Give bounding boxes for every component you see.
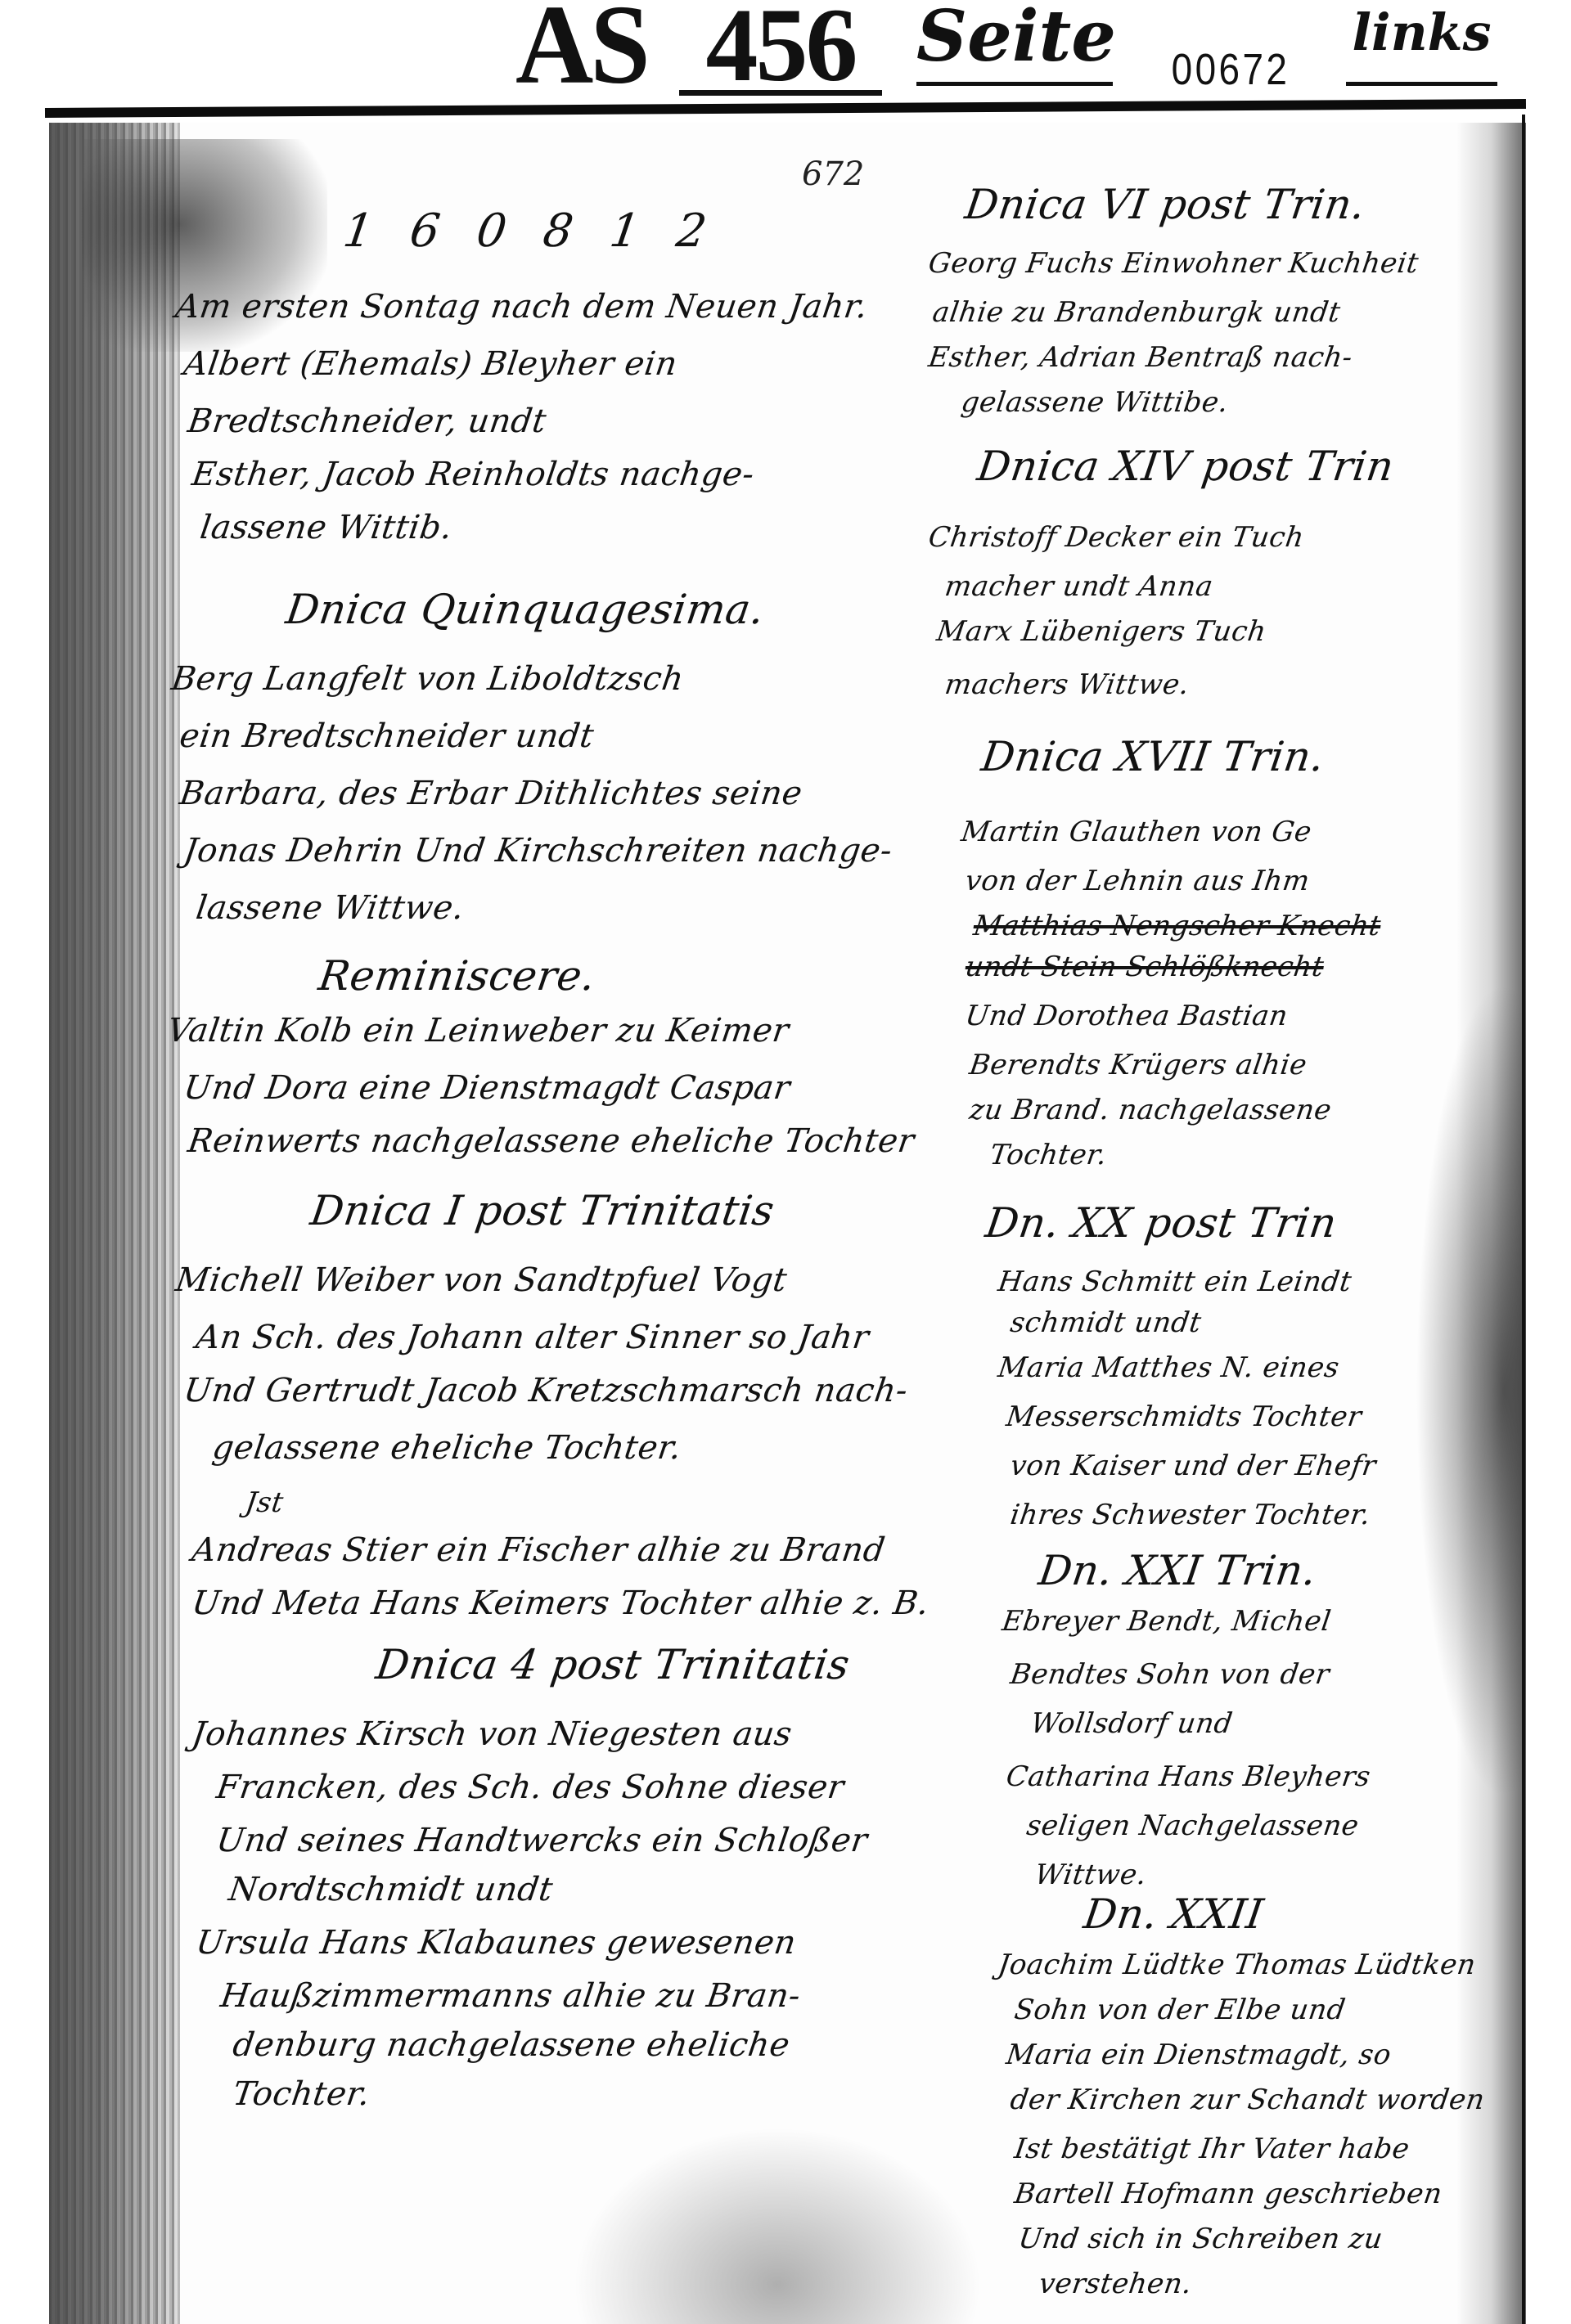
sunday-heading: Dn. XXI Trin. <box>1036 1550 1319 1591</box>
entry-line: Jonas Dehrin Und Kirchschreiten nachge- <box>182 834 894 867</box>
entry-line: Wittwe. <box>1033 1861 1149 1889</box>
entry-line: denburg nachgelassene eheliche <box>231 2029 792 2061</box>
entry-line: Und Dora eine Dienstmagdt Caspar <box>182 1072 792 1104</box>
entry-line: ihres Schwester Tochter. <box>1009 1501 1372 1529</box>
entry-line: Messerschmidts Tochter <box>1005 1403 1364 1431</box>
sunday-heading: Dn. XX post Trin <box>983 1202 1339 1243</box>
entry-line: Esther, Jacob Reinholdts nachge- <box>190 458 756 491</box>
entry-line: gelassene eheliche Tochter. <box>210 1432 683 1464</box>
entry-line: Und Meta Hans Keimers Tochter alhie z. B… <box>190 1587 931 1620</box>
entry-line: Ebreyer Bendt, Michel <box>1001 1607 1333 1635</box>
entry-line: lassene Wittwe. <box>194 892 466 924</box>
seite-label: Seite <box>916 0 1113 86</box>
entry-line: Haußzimmermanns alhie zu Bran- <box>218 1980 803 2012</box>
entry-line: Joachim Lüdtke Thomas Lüdtken <box>997 1951 1478 1979</box>
entry-line: Michell Weiber von Sandtpfuel Vogt <box>173 1264 789 1297</box>
left-edge-stain <box>49 123 180 2324</box>
entry-line: Andreas Stier ein Fischer alhie zu Brand <box>190 1534 887 1567</box>
entry-line: Marx Lübenigers Tuch <box>935 618 1268 645</box>
entry-line: Barbara, des Erbar Dithlichtes seine <box>178 777 804 810</box>
entry-line: lassene Wittib. <box>198 511 454 544</box>
entry-line: Ursula Hans Klabaunes gewesenen <box>194 1926 798 1959</box>
entry-line: Und Gertrudt Jacob Kretzschmarsch nach- <box>182 1374 910 1407</box>
sunday-heading: Dnica I post Trinitatis <box>308 1190 776 1231</box>
entry-line: der Kirchen zur Schandt worden <box>1009 2086 1487 2114</box>
sunday-heading: Dnica Quinquagesima. <box>283 589 767 630</box>
sunday-heading: Dnica XIV post Trin <box>975 446 1396 487</box>
entry-line: Maria Matthes N. eines <box>997 1354 1341 1382</box>
entry-line: Berendts Krügers alhie <box>968 1051 1309 1079</box>
page-number-label: 00672 <box>1136 0 1325 106</box>
entry-line: Berg Langfelt von Liboldtzsch <box>169 663 686 695</box>
entry-line: Catharina Hans Bleyhers <box>1005 1763 1372 1791</box>
entry-line: Francken, des Sch. des Sohne dieser <box>214 1771 846 1804</box>
entry-line: Wollsdorf und <box>1029 1710 1235 1737</box>
entry-line: machers Wittwe. <box>943 671 1191 699</box>
side-label: links <box>1346 0 1497 86</box>
entry-line: ein Bredtschneider undt <box>178 720 596 753</box>
entry-line: Martin Glauthen von Ge <box>960 818 1314 846</box>
entry-line: Georg Fuchs Einwohner Kuchheit <box>927 249 1420 277</box>
archive-code-label: AS <box>515 0 667 109</box>
struck-entry-line: undt Stein Schlößknecht <box>964 953 1326 981</box>
entry-line: Sohn von der Elbe und <box>1013 1996 1348 2024</box>
sunday-heading: Reminiscere. <box>316 955 598 996</box>
entry-line: gelassene Wittibe. <box>960 389 1231 416</box>
entry-line: Tochter. <box>988 1141 1109 1169</box>
entry-line: schmidt undt <box>1009 1309 1204 1337</box>
entry-line: Esther, Adrian Bentraß nach- <box>927 344 1355 371</box>
entry-line: verstehen. <box>1038 2270 1194 2298</box>
folio-number: 672 <box>802 155 864 193</box>
entry-line: zu Brand. nachgelassene <box>968 1096 1334 1124</box>
entry-line: macher undt Anna <box>943 573 1215 600</box>
entry-line: Hans Schmitt ein Leindt <box>997 1268 1353 1296</box>
entry-line: An Sch. des Johann alter Sinner so Jahr <box>194 1321 871 1354</box>
entry-line: Bredtschneider, undt <box>186 405 548 438</box>
entry-line: Reinwerts nachgelassene eheliche Tochter <box>186 1125 916 1158</box>
entry-line: Nordtschmidt undt <box>227 1873 555 1906</box>
entry-line: Tochter. <box>231 2078 372 2110</box>
sunday-heading: Dn. XXII <box>1081 1894 1266 1935</box>
entry-line: Christoff Decker ein Tuch <box>927 524 1306 551</box>
entry-line: Ist bestätigt Ihr Vater habe <box>1013 2135 1411 2163</box>
right-lower-stain <box>1416 982 1526 1800</box>
struck-entry-line: Matthias Nengscher Knecht <box>972 912 1383 940</box>
entry-line: Bartell Hofmann geschrieben <box>1013 2180 1444 2208</box>
year-heading: 1 6 0 8 1 2 <box>340 209 721 254</box>
volume-number-label: 456 <box>679 0 882 96</box>
entry-line: alhie zu Brandenburgk undt <box>931 299 1343 326</box>
sunday-heading: Dnica 4 post Trinitatis <box>373 1644 852 1685</box>
entry-line: von der Lehnin aus Ihm <box>964 867 1312 895</box>
entry-line: von Kaiser und der Ehefr <box>1009 1452 1378 1480</box>
entry-line: Johannes Kirsch von Niegesten aus <box>190 1718 794 1751</box>
entry-line: seligen Nachgelassene <box>1025 1812 1361 1840</box>
entry-line: Und seines Handtwercks ein Schloßer <box>214 1824 870 1857</box>
sunday-heading: Dnica XVII Trin. <box>979 736 1326 777</box>
margin-note: Jst <box>244 1489 286 1517</box>
bottom-stain <box>573 2127 982 2324</box>
entry-line: Maria ein Dienstmagdt, so <box>1005 2041 1393 2069</box>
entry-line: Und Dorothea Bastian <box>964 1002 1290 1030</box>
entry-line: Bendtes Sohn von der <box>1009 1661 1331 1688</box>
sunday-heading: Dnica VI post Trin. <box>962 184 1367 225</box>
page-edge-right <box>1522 115 1525 2324</box>
entry-line: Und sich in Schreiben zu <box>1017 2225 1384 2253</box>
entry-line: Albert (Ehemals) Bleyher ein <box>182 348 679 380</box>
entry-line: Am ersten Sontag nach dem Neuen Jahr. <box>173 290 870 323</box>
entry-line: Valtin Kolb ein Leinweber zu Keimer <box>165 1014 791 1047</box>
